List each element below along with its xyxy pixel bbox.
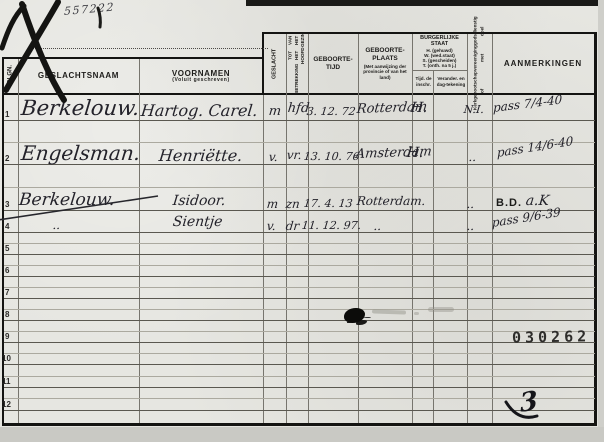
- row-line: [4, 232, 595, 233]
- row-line: [4, 276, 595, 277]
- row-number-2: 2: [5, 154, 21, 163]
- mid-line: [4, 287, 595, 288]
- scan-edge-top: [246, 0, 604, 6]
- mid-line: [4, 265, 595, 266]
- entry-given-names: Sientje: [172, 214, 223, 230]
- row-number-8: 8: [5, 310, 21, 319]
- header-burgstaat-t: T. (onth. na 5 j.): [423, 63, 456, 68]
- pencil-smudge: [414, 312, 419, 315]
- entry-note-stamp: B.D.: [496, 197, 522, 209]
- mid-line: [4, 398, 595, 399]
- header-geboorteplaats: GEBOORTE- PLAATS (Met aanwijzing der pro…: [358, 34, 412, 93]
- table-border-right: [594, 32, 597, 425]
- entry-birthplace-ditto: ..: [373, 219, 382, 233]
- entry-surname-struck: Berkelouw.: [18, 190, 116, 210]
- entry-sex: v.: [266, 219, 277, 233]
- entry-birthplace: Rotterdam.: [356, 194, 426, 208]
- registration-stamp-number: 030262: [512, 327, 590, 346]
- header-volgn: VOLGN.: [4, 59, 18, 93]
- registration-card-scan: VOLGN. GESLACHTSNAAM VOORNAMEN (Voluit g…: [0, 0, 604, 442]
- entry-sex: m: [266, 197, 279, 211]
- row-line: [4, 120, 595, 121]
- row-number-7: 7: [5, 288, 21, 297]
- entry-relation: vr.: [286, 148, 302, 162]
- header-burgstaat-title: BURGERLIJKE STAAT: [412, 35, 467, 47]
- header-voornamen: VOORNAMEN (Voluit geschreven): [139, 59, 263, 93]
- row-line: [4, 320, 595, 321]
- entry-relation: dr: [285, 219, 300, 233]
- mid-line: [4, 309, 595, 310]
- header-betrekking-l3: VAN HET GEZIN: [287, 33, 306, 47]
- mid-line: [4, 187, 595, 188]
- header-aanmerkingen: AANMERKINGEN: [492, 34, 594, 93]
- row-number-6: 6: [5, 266, 21, 275]
- entry-church: ..: [468, 150, 477, 164]
- header-geslacht: GESLACHT: [263, 34, 286, 93]
- entry-given-names: Isidoor.: [172, 193, 226, 209]
- row-line: [4, 298, 595, 299]
- col-line-names: [263, 95, 264, 423]
- entry-given-names: Hartog. Carel.: [140, 101, 259, 120]
- scan-edge-right: [598, 0, 604, 442]
- row-number-9: 9: [5, 332, 21, 341]
- table-border-bottom: [2, 423, 597, 426]
- header-burgstaat-sub2: Verander. en dag-tekening: [433, 70, 469, 93]
- header-kerkgenootschap: Kerkgenootschap of vereeniging met godsd…: [467, 34, 492, 93]
- header-geboortetijd-l2: TIJD: [326, 64, 340, 71]
- header-geboorteplaats-l1: GEBOORTE-: [365, 47, 404, 54]
- entry-sex: m: [268, 104, 282, 119]
- entry-birthdate: 13. 10. 76: [303, 150, 360, 163]
- row-line: [4, 342, 595, 343]
- header-kerk-l2: vereeniging met: [473, 45, 487, 71]
- entry-relation: zn: [285, 197, 301, 211]
- entry-birthdate: 17. 4. 13: [303, 197, 353, 210]
- entry-civil-status: H.: [410, 100, 428, 116]
- row-number-10: 10: [2, 354, 18, 363]
- row-number-4: 4: [5, 222, 21, 231]
- header-burgstaat-sub1: Tijd. de inschr.: [412, 70, 435, 93]
- header-kerk-l3: godsdienstig doel: [473, 17, 487, 46]
- row-line: [4, 410, 595, 411]
- entry-church: N.I.: [463, 103, 485, 116]
- row-number-5: 5: [5, 244, 21, 253]
- row-line: [4, 254, 595, 255]
- header-geboorteplaats-l2: PLAATS: [372, 55, 398, 62]
- row-number-1: 1: [5, 110, 21, 119]
- row-line: [4, 210, 595, 211]
- table-border-left: [2, 57, 4, 425]
- entry-surname: Engelsman.: [20, 141, 141, 165]
- entry-given-names: Henriëtte.: [158, 146, 243, 165]
- header-betrekking: BETREKKING TOT HET HOOFD VAN HET GEZIN: [286, 34, 308, 93]
- mid-line: [4, 331, 595, 332]
- entry-birthdate: 11. 12. 97.: [301, 219, 362, 232]
- row-number-11: 11: [2, 377, 18, 386]
- entry-civil-status: H.: [406, 145, 424, 161]
- entry-church: ..: [466, 219, 475, 233]
- header-burgstaat: BURGERLIJKE STAAT H. (gehuwd) W. (wed.st…: [412, 34, 467, 70]
- col-line-civil-sub: [433, 70, 434, 423]
- header-geboorteplaats-sub: (Met aanwijzing der provincie of van het…: [358, 64, 412, 80]
- entry-sex: v.: [268, 150, 279, 164]
- row-line: [4, 364, 595, 365]
- header-betrekking-l2: TOT HET HOOFD: [287, 47, 306, 64]
- entry-surname-ditto: ..: [52, 218, 61, 232]
- row-line: [4, 387, 595, 388]
- entry-surname: Berkelouw.: [20, 96, 141, 120]
- entry-birthdate: 3. 12. 72: [306, 105, 356, 118]
- mid-line: [4, 353, 595, 354]
- header-voornamen-sub: (Voluit geschreven): [172, 78, 229, 84]
- handwritten-count-mark: 3: [519, 386, 539, 419]
- row-number-12: 12: [2, 400, 18, 409]
- pencil-smudge: [428, 307, 454, 312]
- header-geboortetijd-l1: GEBOORTE-: [313, 56, 352, 63]
- header-geslachtsnaam: GESLACHTSNAAM: [18, 59, 139, 93]
- header-betrekking-l1: BETREKKING: [294, 64, 300, 94]
- mid-line: [4, 376, 595, 377]
- scan-edge-bottom: [0, 427, 604, 442]
- blank-name-line: [28, 48, 268, 49]
- entry-church: ..: [466, 197, 475, 211]
- header-geboortetijd: GEBOORTE- TIJD: [308, 34, 358, 93]
- mid-line: [4, 243, 595, 244]
